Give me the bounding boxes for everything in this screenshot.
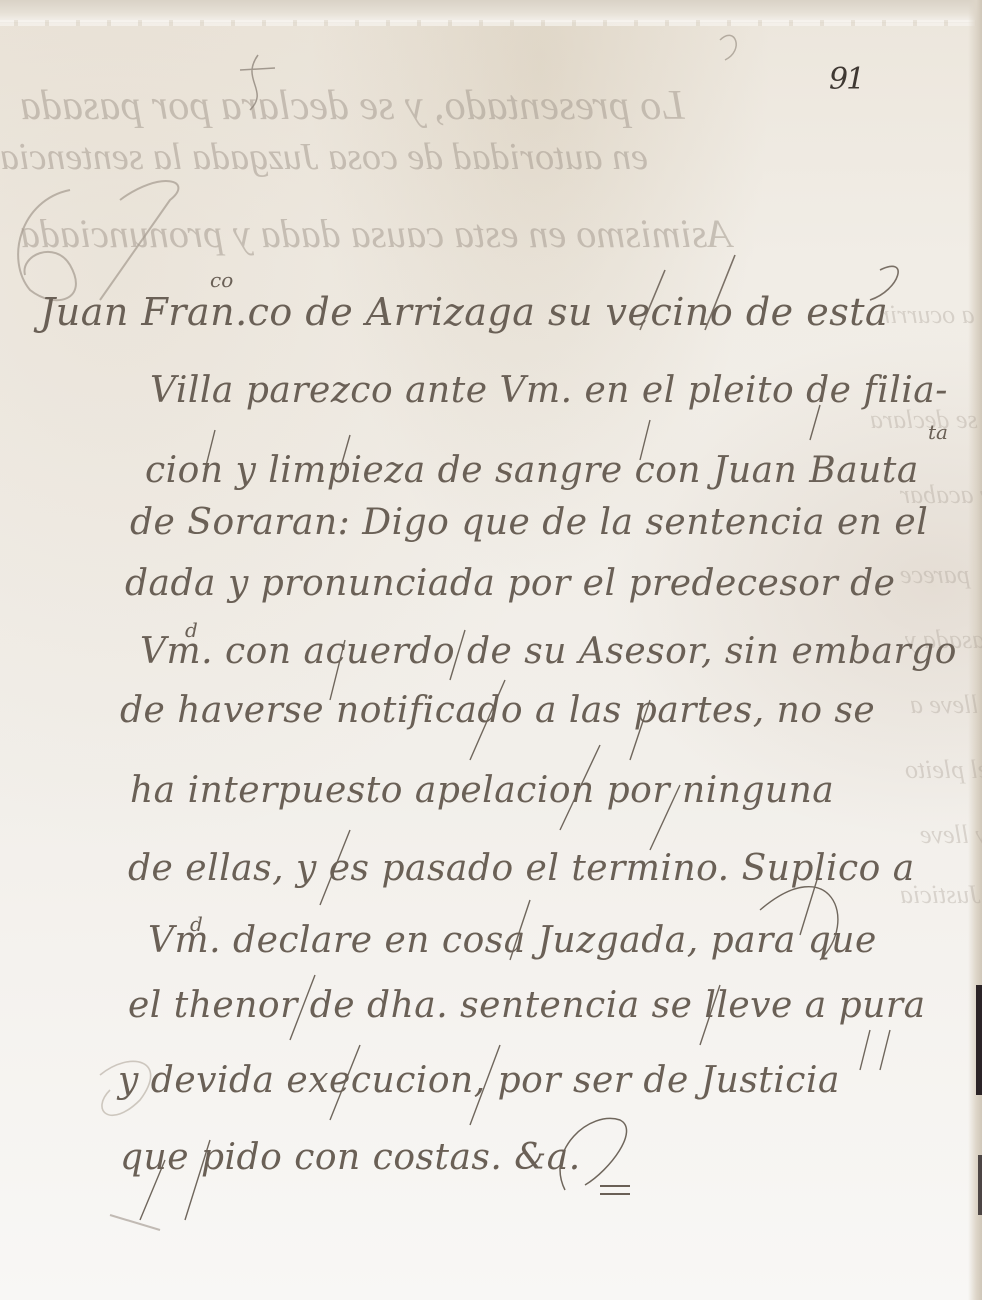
bleed-through-line: Asimismo en esta causa dada y pronunciad…: [20, 210, 732, 257]
manuscript-line: de Soraran: Digo que de la sentencia en …: [130, 502, 928, 543]
manuscript-line: Juan Fran.co de Arrizaga su vecino de es…: [40, 290, 888, 334]
manuscript-line: Vm. con acuerdo de su Asesor, sin embarg…: [140, 631, 957, 672]
abbreviation-superscript: ta: [928, 420, 948, 444]
bleed-through-margin: y lleve: [920, 820, 982, 850]
folio-number: 91: [829, 62, 863, 97]
bleed-through-margin: parece: [900, 560, 970, 590]
manuscript-line: y devida execucion, por ser de Justicia: [118, 1060, 840, 1101]
manuscript-line: Vm. declare en cosa Juzgada, para que: [148, 920, 877, 961]
abbreviation-superscript: co: [210, 268, 233, 292]
manuscript-line: dada y pronunciada por el predecesor de: [125, 563, 895, 604]
binding-shadow: [976, 985, 982, 1095]
bleed-through-margin: do el pleito: [905, 755, 982, 785]
manuscript-line: Villa parezco ante Vm. en el pleito de f…: [150, 370, 948, 411]
bleed-through-line: Lo presentado, y se declara por pasada: [20, 82, 685, 130]
abbreviation-superscript: d: [190, 912, 203, 936]
signature-rule: [600, 1185, 630, 1195]
bleed-through-margin: de lleve a: [910, 690, 982, 720]
binding-shadow: [978, 1155, 982, 1215]
page-top-edge: [0, 0, 982, 23]
abbreviation-superscript: d: [185, 618, 198, 642]
manuscript-line: de haverse notificado a las partes, no s…: [120, 690, 875, 731]
manuscript-line: que pido con costas. &a.: [120, 1137, 581, 1178]
manuscript-line: de ellas, y es pasado el termino. Suplic…: [128, 848, 915, 889]
bleed-through-margin: a ocurrir: [880, 300, 975, 330]
manuscript-line: cion y limpieza de sangre con Juan Bauta: [145, 450, 919, 491]
manuscript-line: ha interpuesto apelacion por ninguna: [130, 770, 834, 811]
bleed-through-line: en autoridad de cosa Juzgada la sentenci…: [0, 135, 648, 179]
manuscript-line: el thenor de dha. sentencia se lleve a p…: [128, 985, 926, 1026]
manuscript-page: 91 Lo presentado, y se declara por pasad…: [0, 0, 982, 1300]
